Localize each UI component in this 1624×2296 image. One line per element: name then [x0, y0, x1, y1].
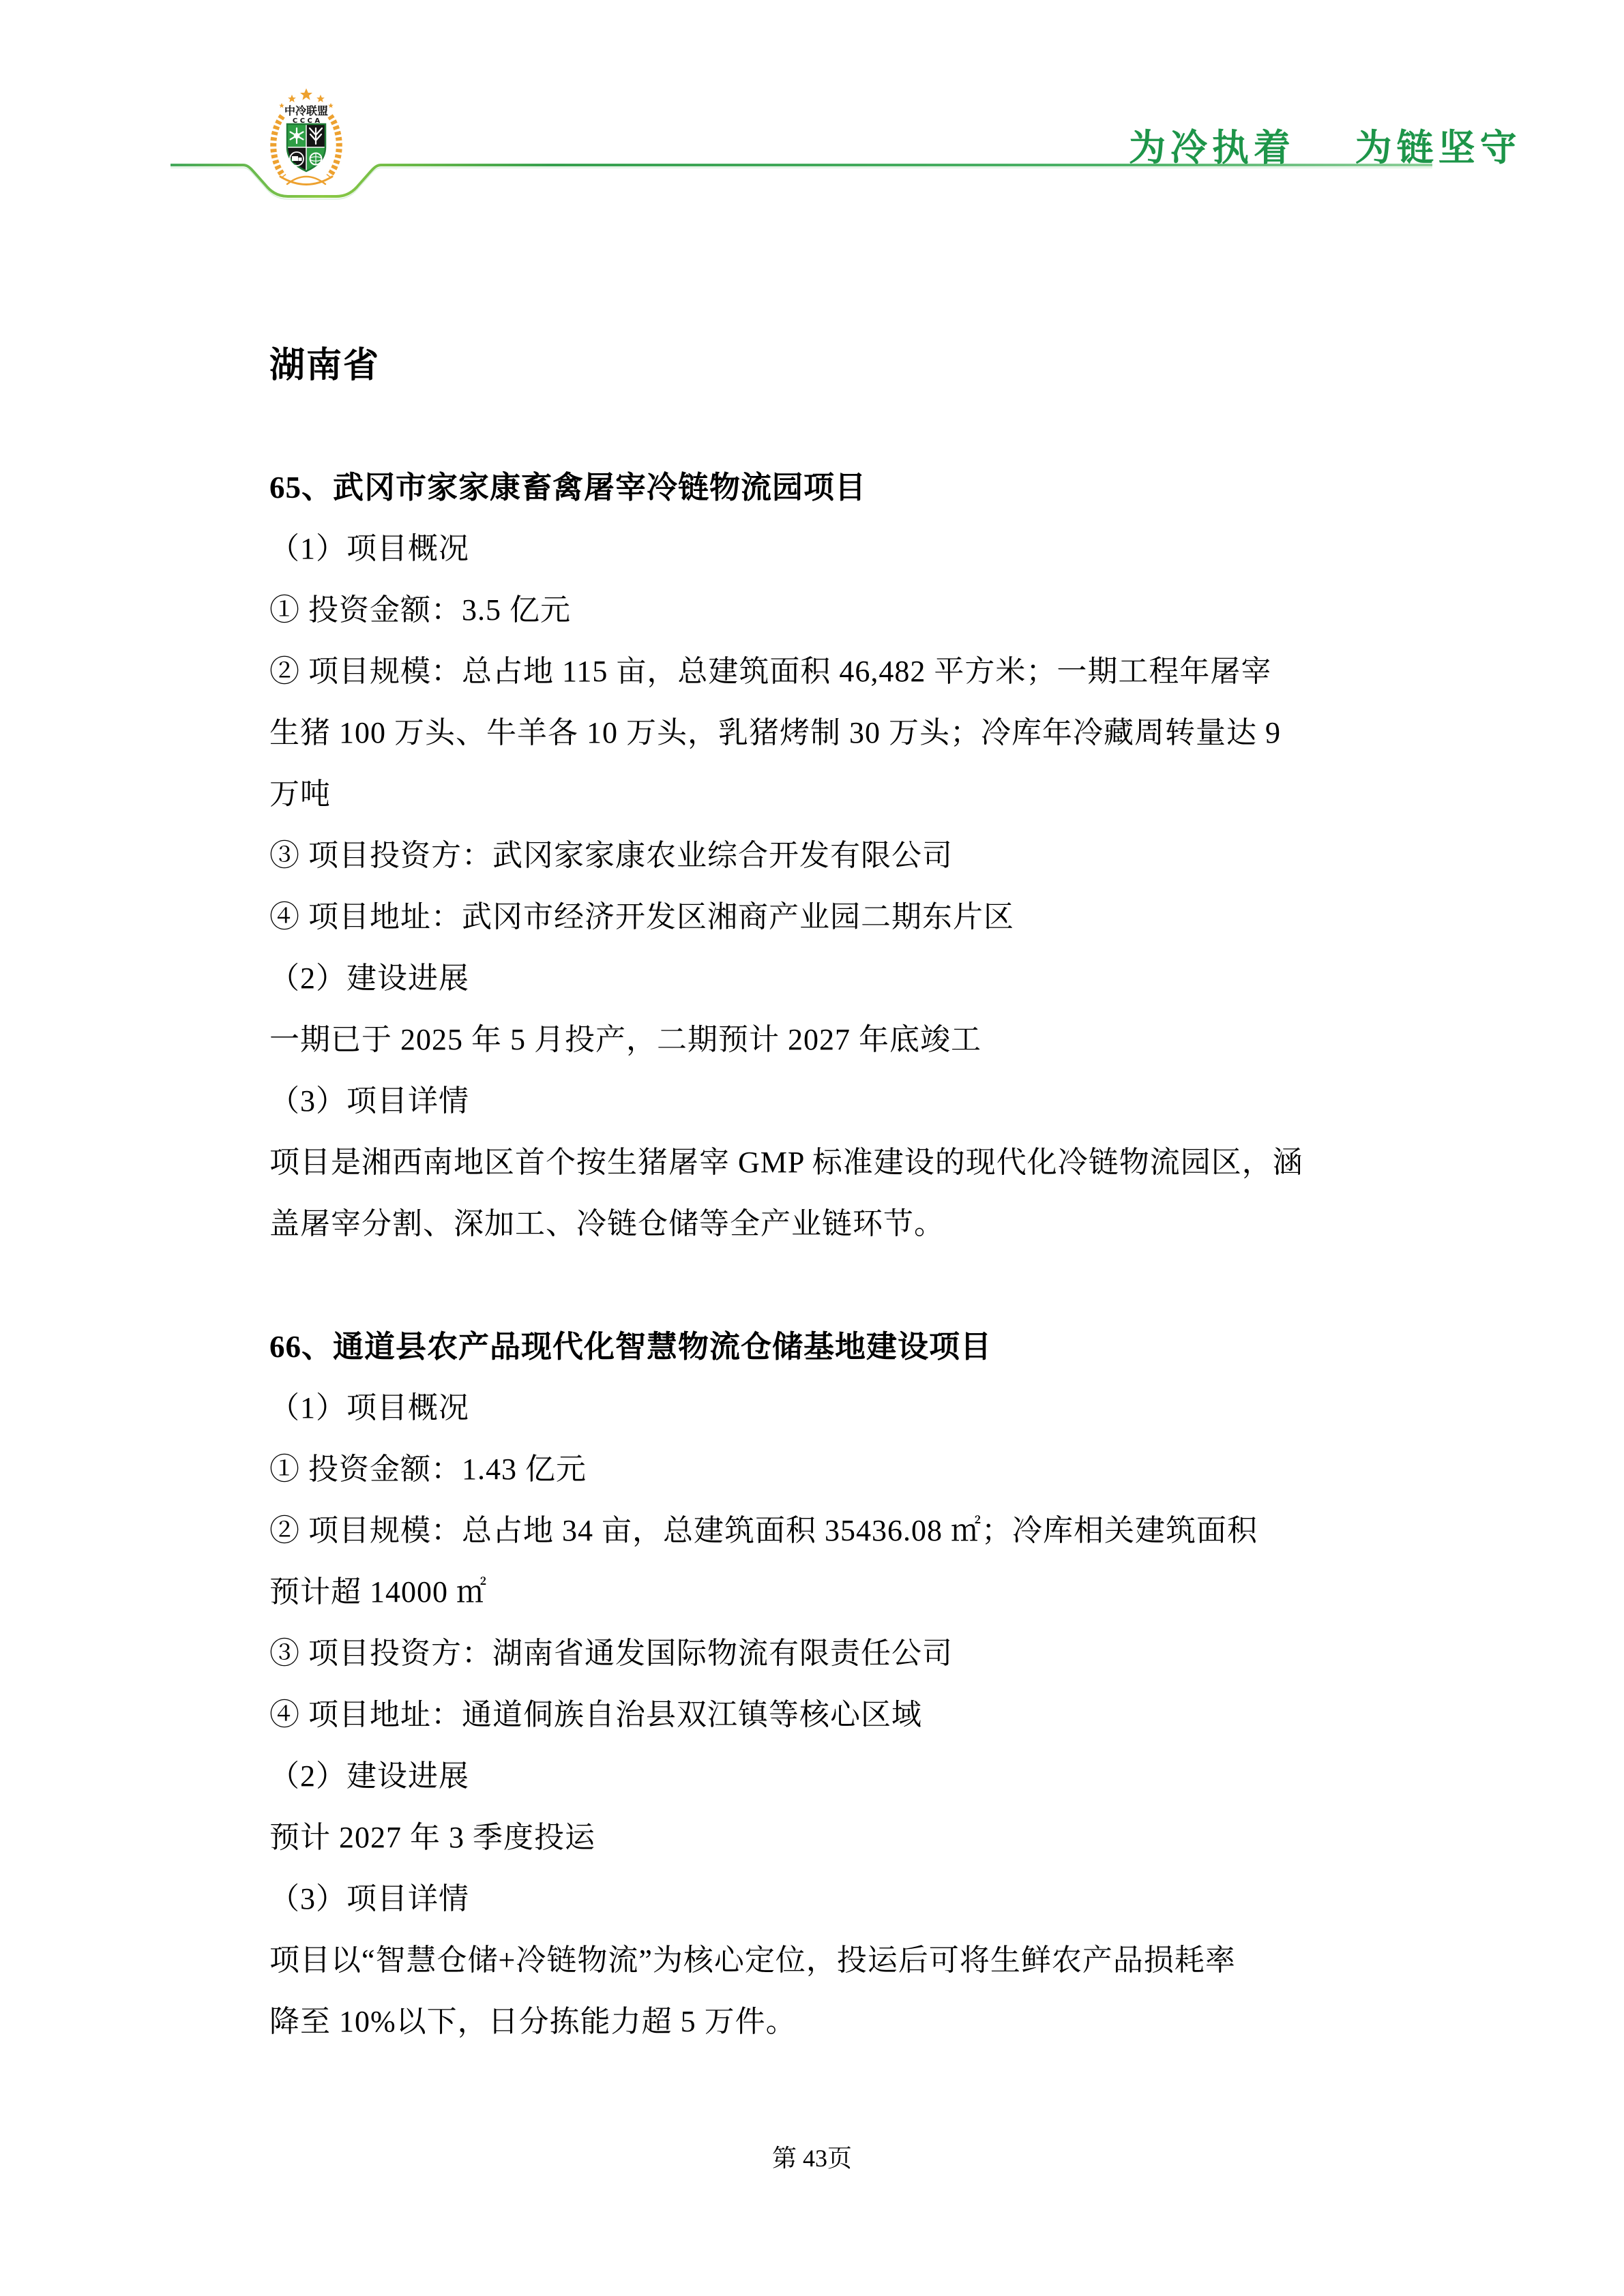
text-line: ④ 项目地址：武冈市经济开发区湘商产业园二期东片区 — [269, 883, 1369, 944]
text-line: 盖屠宰分割、深加工、冷链仓储等全产业链环节。 — [269, 1190, 1369, 1251]
text-line: ④ 项目地址：通道侗族自治县双江镇等核心区域 — [269, 1681, 1369, 1742]
ribbon-icon — [280, 177, 332, 185]
document-page: 中冷联盟 C C C A — [0, 0, 1624, 2296]
text-line: 预计 2027 年 3 季度投运 — [269, 1804, 1369, 1865]
text-line: （3）项目详情 — [269, 1067, 1369, 1129]
blank-line — [269, 1251, 1369, 1313]
text-line: 降至 10%以下，日分拣能力超 5 万件。 — [269, 1988, 1369, 2049]
text-line: 生猪 100 万头、牛羊各 10 万头，乳猪烤制 30 万头；冷库年冷藏周转量达… — [269, 699, 1369, 760]
document-body: 湖南省65、武冈市家家康畜禽屠宰冷链物流园项目（1）项目概况① 投资金额：3.5… — [269, 331, 1369, 2049]
text-line: 项目以“智慧仓储+冷链物流”为核心定位，投运后可将生鲜农产品损耗率 — [269, 1926, 1369, 1988]
text-line: 65、武冈市家家康畜禽屠宰冷链物流园项目 — [269, 453, 1369, 515]
text-line: 项目是湘西南地区首个按生猪屠宰 GMP 标准建设的现代化冷链物流园区，涵 — [269, 1129, 1369, 1190]
text-line: ① 投资金额：1.43 亿元 — [269, 1435, 1369, 1497]
text-line: ① 投资金额：3.5 亿元 — [269, 576, 1369, 638]
text-line: （1）项目概况 — [269, 515, 1369, 576]
blank-line — [269, 392, 1369, 453]
text-line: （1）项目概况 — [269, 1374, 1369, 1435]
header-rule-line — [171, 165, 1432, 196]
text-line: ③ 项目投资方：武冈家家康农业综合开发有限公司 — [269, 822, 1369, 883]
ccca-logo: 中冷联盟 C C C A — [261, 87, 351, 198]
text-line: 湖南省 — [269, 331, 1369, 392]
header-rule — [0, 0, 1624, 232]
text-line: ③ 项目投资方：湖南省通发国际物流有限责任公司 — [269, 1620, 1369, 1681]
page-footer: 第 43页 — [0, 2138, 1624, 2179]
text-line: ② 项目规模：总占地 34 亩，总建筑面积 35436.08 ㎡；冷库相关建筑面… — [269, 1497, 1369, 1558]
text-line: （2）建设进展 — [269, 944, 1369, 1006]
header-slogan: 为冷执着 为链坚守 — [1129, 127, 1443, 168]
shield-icon — [287, 124, 325, 171]
text-line: （2）建设进展 — [269, 1742, 1369, 1804]
page-number: 第 43页 — [772, 2145, 852, 2172]
text-line: 预计超 14000 ㎡ — [269, 1558, 1369, 1620]
text-line: （3）项目详情 — [269, 1865, 1369, 1926]
text-line: 万吨 — [269, 760, 1369, 822]
text-line: 一期已于 2025 年 5 月投产，二期预计 2027 年底竣工 — [269, 1006, 1369, 1067]
text-line: ② 项目规模：总占地 115 亩，总建筑面积 46,482 平方米；一期工程年屠… — [269, 638, 1369, 699]
text-line: 66、通道县农产品现代化智慧物流仓储基地建设项目 — [269, 1313, 1369, 1374]
logo-org-name: 中冷联盟 — [284, 104, 328, 117]
